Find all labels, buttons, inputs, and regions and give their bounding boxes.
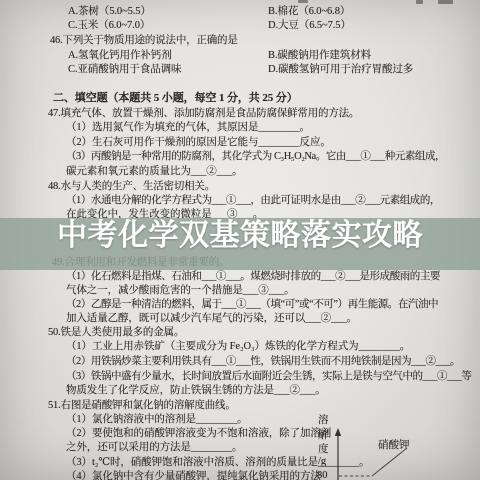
- watermark-banner: 中考化学双基策略落实攻略: [0, 218, 480, 270]
- q51-part1: （1）氯化钠溶液中的溶剂是________。: [66, 414, 248, 426]
- q51-part2-line1: （2）要使饱和的硝酸钾溶液变为不饱和溶液，除了加溶剂: [66, 428, 331, 440]
- q49-part1-line2: 气体之一，减少酸雨危害的一个措施是___③___。: [66, 285, 295, 297]
- cropped-text-remnant: [298, 0, 308, 3]
- q47-part3-line1: （3）丙酸钠是一种常用的防腐剂，其化学式为 C₃H₅O₂Na。它由___①___…: [66, 151, 445, 163]
- q46-stem: 46.下列关于物质用途的说法中，正确的是: [50, 35, 238, 47]
- q48-part1-line1: （1）水通电分解的化学方程式为___①___，由此可证明水是由___②___元素…: [66, 195, 440, 207]
- q47-part2: （2）生石灰可用作干燥剂的原因是它能与________反应。: [66, 137, 331, 149]
- cropped-text-remnant: [438, 0, 453, 4]
- q46-option-b: B.碳酸钠用作建筑材料: [268, 50, 371, 62]
- q45-option-b: B.棉花（6.0~6.8）: [268, 6, 350, 18]
- q48-stem: 48.水与人类的生产、生活密切相关。: [48, 181, 215, 193]
- q50-stem: 50.铁是人类使用最多的金属。: [48, 327, 184, 339]
- axis-arrow-up-icon: [335, 428, 341, 436]
- q50-part3-line2: 物质发生了化学反应，防止铁锅生锈的方法是___②___。: [66, 385, 326, 397]
- q45-option-a: A.茶树（5.0~5.5）: [68, 6, 151, 18]
- q51-part2-line2: 之外，还可以采用的方法是________。: [66, 442, 242, 454]
- q47-part1: （1）选用氮气作为填充的气体，其原因是________。: [66, 122, 310, 134]
- watermark-banner-title: 中考化学双基策略落实攻略: [57, 220, 423, 252]
- q51-part4: （4）氯化钠中含有少量硝酸钾，提纯氯化钠采用的方法: [66, 471, 321, 480]
- q49-part2-line1: （2）乙醇是一种清洁的燃料，属于___①___（填“可”或“不可”）再生能源。在…: [66, 299, 438, 311]
- q49-part1-line1: （1）化石燃料是指煤、石油和___①___。煤燃烧时排放的___②___是形成酸…: [66, 271, 440, 283]
- q45-option-c: C.玉米（6.0~7.0）: [68, 20, 150, 32]
- section2-header: 二、填空题（本题共 5 小题，每空 1 分，共 25 分）: [53, 92, 298, 104]
- q47-part3-line2: 碳元素和氧元素的质量比为___②___。: [66, 166, 243, 178]
- q47-stem: 47.填充气体、放置干燥剂、添加防腐剂是食品防腐保鲜常用的方法。: [48, 108, 359, 120]
- q45-option-d: D.大豆（6.5~7.5）: [268, 20, 351, 32]
- q50-part2: （2）用铁锅炒菜主要利用铁具有___①___性，铁锅用生铁而不用纯铁制是因为__…: [66, 356, 460, 368]
- q51-stem: 51.右图是硝酸钾和氯化钠的溶解度曲线。: [48, 400, 236, 412]
- solubility-chart-axes: [310, 425, 480, 480]
- q50-part3-line1: （3）铁锅中盛有少量水，长时间放置后水面附近会生锈，实际上是铁与空气中的___①…: [66, 371, 471, 383]
- q50-part1: （1）工业上用赤铁矿（主要成分为 Fe₂O₃）炼铁的化学方程式为________…: [66, 341, 410, 353]
- q46-option-d: D.碳酸氢钠可用于治疗胃酸过多: [268, 64, 413, 76]
- cropped-text-remnant: [416, 0, 423, 4]
- exam-paper-photo: A.茶树（5.0~5.5） B.棉花（6.0~6.8） C.玉米（6.0~7.0…: [0, 0, 480, 480]
- q46-option-a: A.氢氧化钙用作补钙剂: [68, 50, 172, 62]
- q46-option-c: C.亚硝酸钠用于食品调味: [68, 64, 181, 76]
- q49-part2-line2: 加入适量乙醇，既可以减少汽车尾气的污染，还可以___②___。: [66, 313, 357, 325]
